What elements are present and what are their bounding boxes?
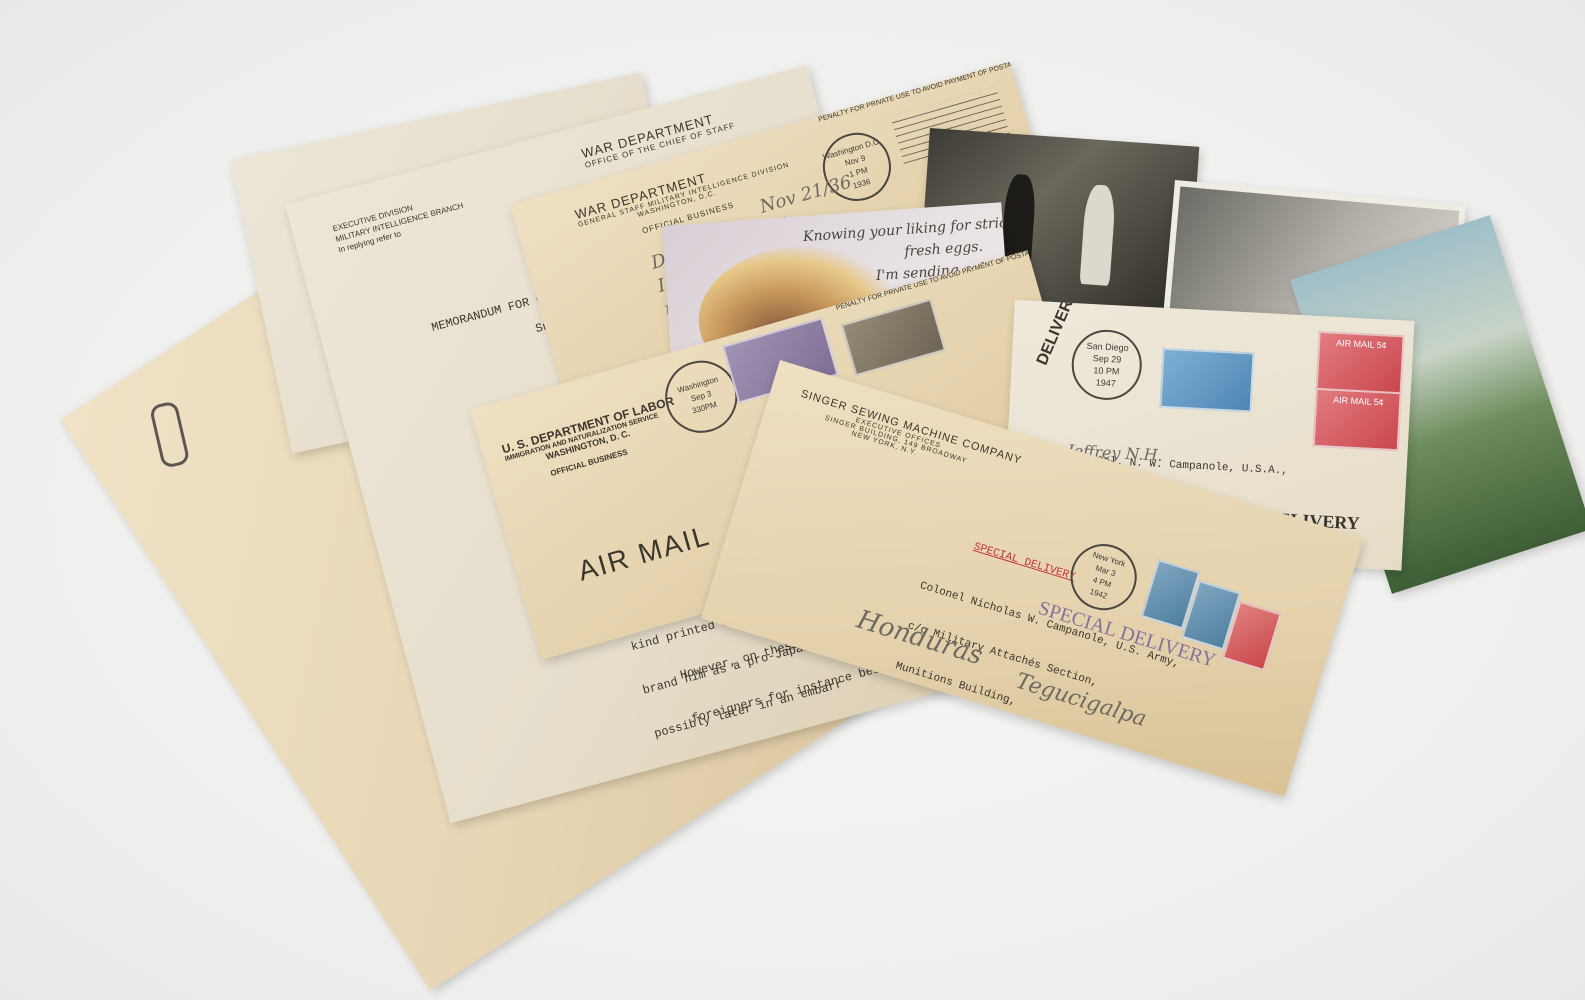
labor-header: U. S. Department of Labor Immigration an…: [500, 394, 685, 489]
airmail-label: AIR MAIL: [575, 519, 714, 587]
airmail-stamp-red: AIR MAIL 5¢: [1313, 388, 1402, 451]
special-delivery-stamp-blue: [1160, 348, 1255, 413]
memo-left-header: Executive Division Military Intelligence…: [331, 189, 467, 255]
airmail-stamp-red: AIR MAIL 5¢: [1316, 331, 1405, 394]
san-diego-postmark: San Diego Sep 29 10 PM 1947: [1070, 328, 1144, 402]
paper-clip-icon: [149, 400, 191, 469]
airmail-stamp-grey: [841, 299, 946, 377]
rider-figure: [1079, 184, 1116, 286]
